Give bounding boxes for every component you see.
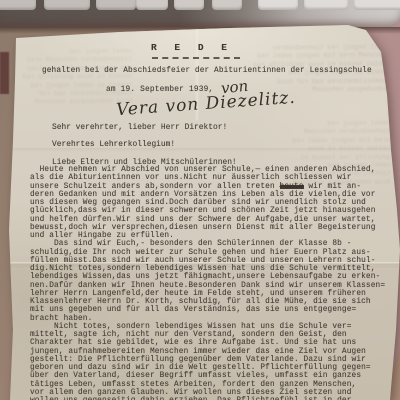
document-date-line: am 19. September 1939, <box>106 86 213 94</box>
salutation-lines: Sehr verehrter, lieber Herr Direktor!Ver… <box>52 119 237 171</box>
title-underline <box>152 57 240 59</box>
struck-out-word: heute <box>280 183 304 191</box>
typed-line: bewusst,doch wir versprechen,diesen unse… <box>30 224 385 232</box>
typed-line: mittelt, sagte ich, nicht nur den Versta… <box>30 331 385 339</box>
typed-line: glücklich,dass wir in dieser schweren un… <box>30 207 385 215</box>
paragraph: Nicht totes, sondern lebendiges Wissen h… <box>30 323 385 400</box>
typed-line: lebendiges Wissen,das uns jetzt fähigmac… <box>30 273 385 281</box>
typed-line: lehrer Herrn Langenfeld,der heute im Fel… <box>30 290 385 298</box>
typed-line: bracht haben. <box>30 315 385 323</box>
typed-line: unsere Schulzeit anders ab,sondern vor a… <box>30 183 385 191</box>
typed-line: und aller Hingabe zu erfüllen. <box>30 232 385 240</box>
salutation-line: Verehrtes Lehrerkollegium! <box>52 136 237 153</box>
typed-line: Heute nehmen wir Abschied von unserer Sc… <box>30 166 385 174</box>
typed-line: vor allem den ganzen Glauben. Wir wollen… <box>30 389 385 397</box>
typed-line: gestellt: Die Pflichterfüllung gegenüber… <box>30 356 385 364</box>
typed-line: deren Gedanken und mit andern Vorsätzen … <box>30 191 385 199</box>
typed-line: jungen, aufnahmebereiten Menschen immer … <box>30 348 385 356</box>
typed-line: dig.Nicht totes,sondern lebendiges Wisse… <box>30 265 385 273</box>
typed-line: uns diesen Weg gegangen sind.Doch darübe… <box>30 199 385 207</box>
typed-line: nen.Dafür danken wir Ihnen heute.Besonde… <box>30 282 385 290</box>
typewritten-speech-page: nebel negnuj red tiehnednubrev nehcsneM … <box>0 0 400 400</box>
typed-line: Das sind wir Euch,- besonders den Schüle… <box>30 240 385 248</box>
typed-line: als die Abiturientinnen vor uns.Nicht nu… <box>30 174 385 182</box>
typed-line: geboren und dazu sind wir in die Welt ge… <box>30 364 385 372</box>
paragraph: Heute nehmen wir Abschied von unserer Sc… <box>30 166 385 240</box>
paragraph: Das sind wir Euch,- besonders den Schüle… <box>30 240 385 323</box>
paper-wrapper: nebel negnuj red tiehnednubrev nehcsneM … <box>0 0 400 400</box>
typed-line: Nicht totes, sondern lebendiges Wissen h… <box>30 323 385 331</box>
typed-body: Heute nehmen wir Abschied von unserer Sc… <box>30 166 385 400</box>
document-title: R E D E <box>0 42 392 53</box>
typed-line: mit uns gegeben und für all das Verständ… <box>30 306 385 314</box>
document-subtitle: gehalten bei der Abschiedsfeier der Abit… <box>42 67 372 75</box>
typed-line: Charakter hat sie gebildet, wie es ihre … <box>30 339 385 347</box>
ink-bleedthrough: nebel negnuj red tiehnednubrev nehcsneM … <box>285 120 390 169</box>
salutation-line: Sehr verehrter, lieber Herr Direktor! <box>52 119 237 136</box>
typed-line: schuldig,die Ihr noch weiter zur Schule … <box>30 249 385 257</box>
typed-line: füllen müsst.Das sind wir auch unserer S… <box>30 257 385 265</box>
typed-line: Klassenlehrer Herrn Dr. Korth, schuldig,… <box>30 298 385 306</box>
typed-line: tätiges Leben, umfasst stetes Arbeiten, … <box>30 381 385 389</box>
photo-scene: nebel negnuj red tiehnednubrev nehcsneM … <box>0 0 400 400</box>
typed-line: über den Vaterland, dieser Begriff umfas… <box>30 372 385 380</box>
typed-line: und helfen dürfen.Wir sind uns der Schwe… <box>30 216 385 224</box>
